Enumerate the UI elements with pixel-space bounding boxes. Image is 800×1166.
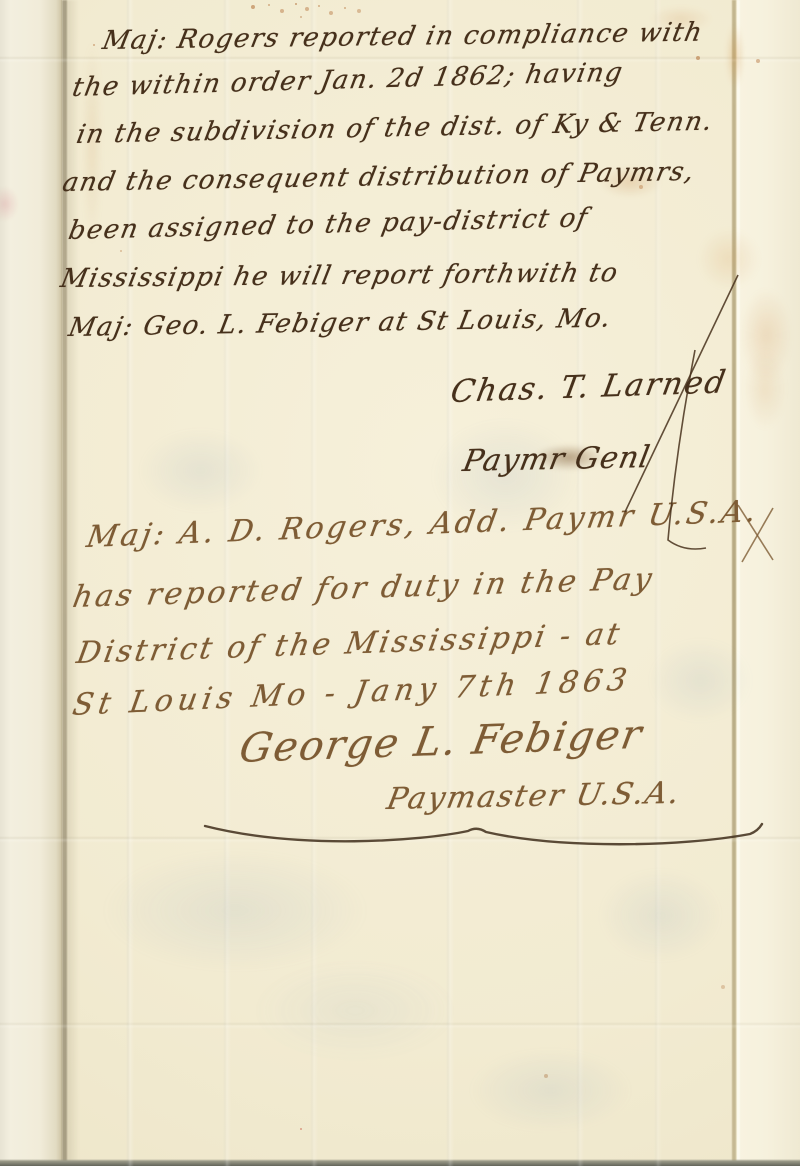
signature-name: George L. Febiger [236, 712, 647, 772]
right-fold-line [732, 0, 736, 1166]
ink-showthrough-ghost [250, 958, 460, 1063]
right-fold-highlight [737, 0, 740, 1166]
bottom-scan-edge [0, 1159, 800, 1166]
right-page-edge [737, 0, 800, 1166]
handwriting-line: and the consequent distribution of Paymr… [60, 157, 698, 198]
handwriting-line: Maj: Geo. L. Febiger at St Louis, Mo. [66, 303, 615, 343]
handwriting-line: Maj: Rogers reported in compliance with [100, 18, 706, 56]
ink-showthrough-ghost [100, 848, 370, 973]
handwriting-line: St Louis Mo - Jany 7th 1863 [70, 662, 634, 723]
ink-showthrough-ghost [598, 868, 723, 963]
handwriting-line: Maj: A. D. Rogers, Add. Paymr U.S.A. [84, 494, 762, 555]
handwriting-line: Mississippi he will report forthwith to [58, 258, 621, 294]
handwriting-line: has reported for duty in the Pay [70, 562, 657, 615]
handwriting-line: been assigned to the pay-district of [66, 203, 591, 246]
signature-title: Paymaster U.S.A. [384, 776, 684, 817]
handwriting-line: the within order Jan. 2d 1862; having [70, 57, 626, 103]
handwriting-line: District of the Mississippi - at [74, 617, 625, 671]
handwriting-line: in the subdivision of the dist. of Ky & … [74, 107, 716, 150]
rust-speckles [0, 0, 2, 2]
signature-title: Paymr Genl [460, 440, 653, 479]
scanned-document-page: Maj: Rogers reported in compliance with … [0, 0, 800, 1166]
signature-name: Chas. T. Larned [448, 364, 730, 410]
ink-showthrough-ghost [468, 1048, 633, 1133]
signature-underline-flourish [205, 824, 762, 844]
ink-showthrough-ghost [138, 428, 263, 513]
left-page-edge [0, 0, 62, 1166]
